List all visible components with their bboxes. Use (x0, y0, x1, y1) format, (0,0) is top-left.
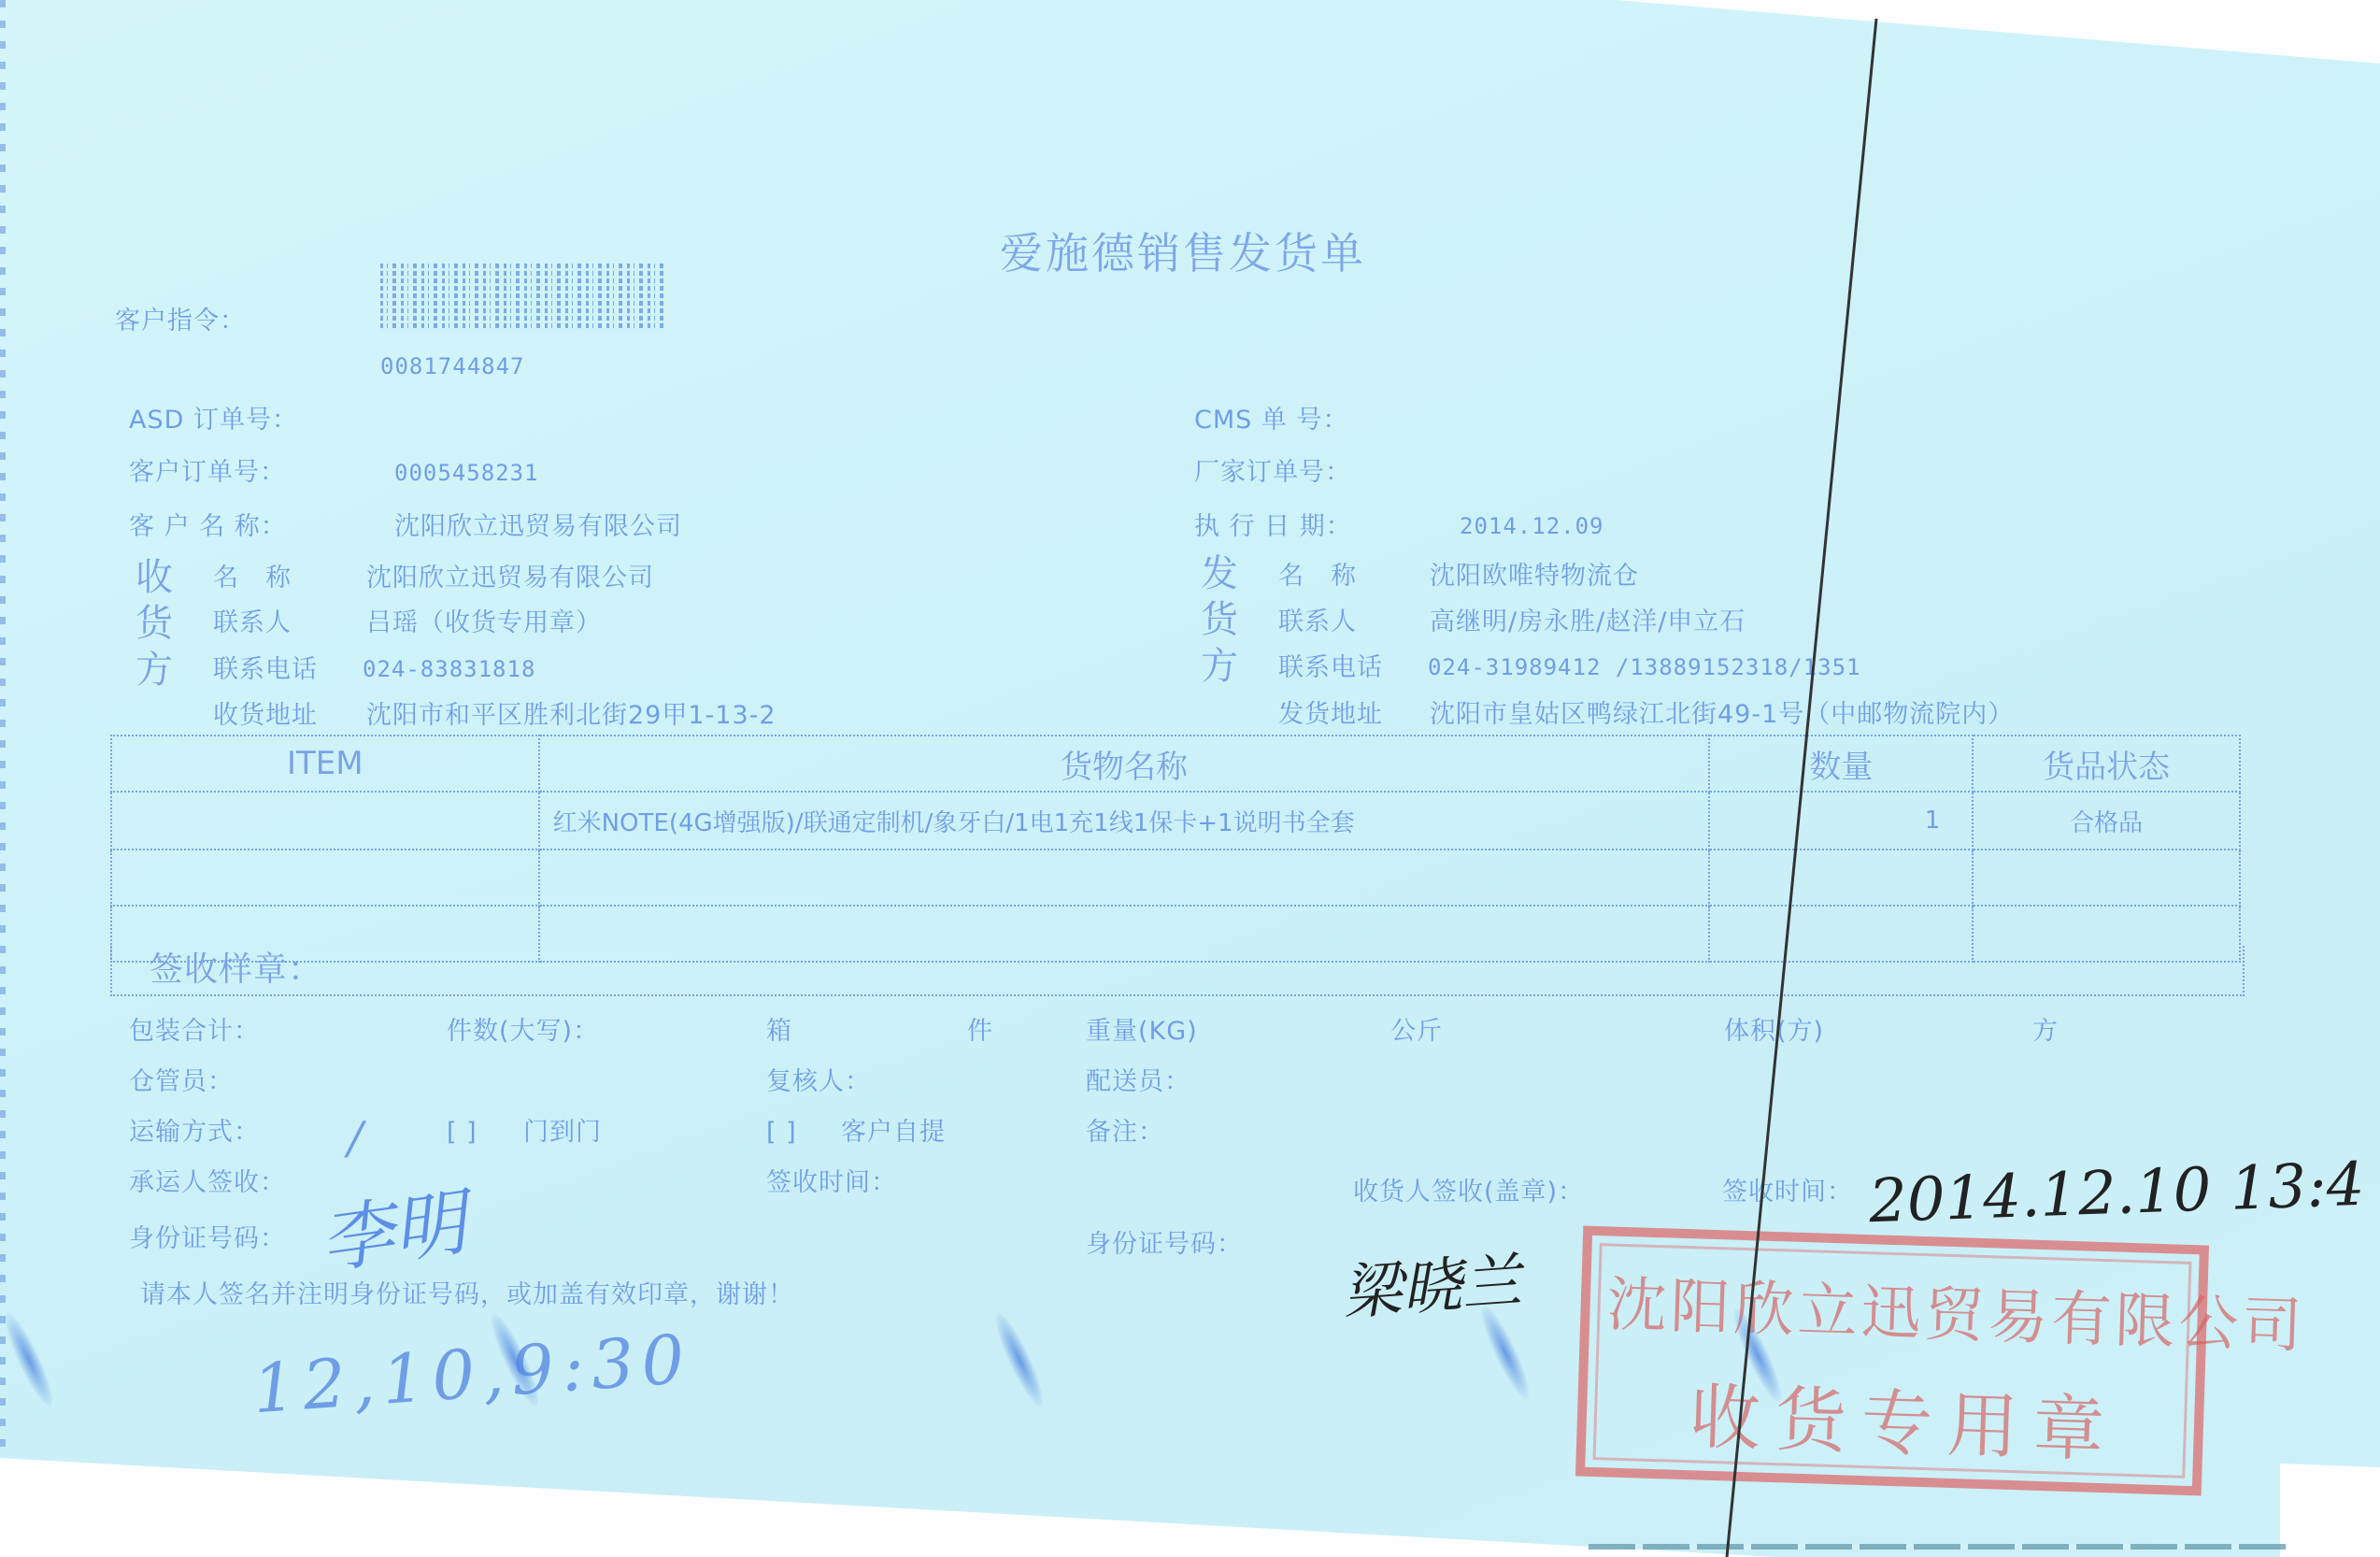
table-row: 红米NOTE(4G增强版)/联通定制机/象牙白/1电1充1线1保卡+1说明书全套… (111, 792, 2240, 850)
receiver-address-value: 沈阳市和平区胜利北街29甲1-13-2 (366, 703, 777, 728)
receiver-side-char-3: 方 (135, 651, 174, 689)
shipper-name-label: 名 称 (1278, 564, 1357, 589)
piece-count-label: 件数(大写)： (447, 1019, 599, 1044)
cell-item (111, 792, 539, 850)
cell-goods-name (539, 850, 1710, 906)
customer-instruction-label: 客户指令： (115, 308, 246, 334)
carrier-signature: 李明 (313, 1164, 472, 1289)
transport-method-label: 运输方式： (129, 1120, 260, 1145)
transport-handwritten-mark: / (348, 1112, 363, 1164)
receiver-side-char-2: 货 (135, 605, 174, 642)
cms-number-label: CMS 单 号： (1194, 407, 1348, 433)
self-pickup-label: 客户自提 (841, 1120, 946, 1145)
stamp-purpose: 收货专用章 (1688, 1360, 2120, 1475)
factory-order-label: 厂家订单号： (1194, 460, 1351, 485)
shipper-side-char-1: 发 (1201, 555, 1239, 593)
exec-date-value: 2014.12.09 (1460, 515, 1604, 537)
volume-unit-label: 方 (2032, 1019, 2059, 1044)
cell-goods-status (1973, 850, 2240, 906)
warehouse-keeper-label: 仓管员： (129, 1069, 234, 1094)
customer-order-value: 0005458231 (394, 462, 539, 484)
signature-notice: 请本人签名并注明身份证号码，或加盖有效印章，谢谢！ (140, 1282, 794, 1307)
shipper-phone-value: 024-31989412 /13889152318/1351 (1428, 656, 1860, 679)
customer-order-label: 客户订单号： (129, 460, 286, 485)
receiver-side-char-1: 收 (135, 559, 174, 596)
document-title: 爱施德销售发货单 (1000, 232, 1366, 275)
shipper-address-value: 沈阳市皇姑区鸭绿江北街49-1号（中邮物流院内） (1430, 702, 2014, 727)
self-pickup-checkbox[interactable]: [ ] (766, 1120, 797, 1145)
receiver-name-label: 名 称 (213, 565, 292, 591)
receiver-address-label: 收货地址 (213, 703, 318, 728)
shipper-side-char-3: 方 (1201, 648, 1239, 685)
sign-time-label: 签收时间： (766, 1170, 897, 1195)
weight-unit-label: 公斤 (1390, 1019, 1443, 1044)
door-to-door-label: 门到门 (523, 1120, 602, 1145)
receiver-contact-value: 吕瑶（收货专用章） (366, 610, 602, 636)
header-goods-status: 货品状态 (1973, 736, 2240, 792)
shipper-contact-value: 高继明/房永胜/赵洋/申立石 (1430, 609, 1746, 635)
volume-label: 体积(方) (1724, 1019, 1824, 1044)
shipper-name-value: 沈阳欧唯特物流仓 (1430, 564, 1639, 589)
receiver-sign-label: 收货人签收(盖章)： (1353, 1179, 1584, 1205)
shipper-contact-label: 联系人 (1278, 609, 1357, 635)
shipper-side-char-2: 货 (1201, 601, 1239, 638)
goods-table-header: ITEM 货物名称 数量 货品状态 (111, 736, 2240, 792)
receiver-contact-label: 联系人 (213, 610, 292, 636)
header-goods-name: 货物名称 (539, 736, 1710, 792)
sign-sample-label: 签收样章： (150, 953, 322, 987)
header-quantity: 数量 (1709, 736, 1973, 792)
bottom-perforation (1589, 1544, 2287, 1550)
asd-order-label: ASD 订单号： (129, 407, 298, 433)
box-unit-label: 箱 (766, 1019, 792, 1044)
sign-sample-row: 签收样章： (110, 946, 2245, 996)
cell-quantity: 1 (1709, 792, 1973, 850)
customer-name-value: 沈阳欣立迅贸易有限公司 (394, 514, 682, 539)
header-item: ITEM (111, 736, 539, 792)
receipt-stamp: 沈阳欣立迅贸易有限公司 收货专用章 (1575, 1226, 2209, 1496)
remark-label: 备注： (1086, 1120, 1164, 1145)
carrier-id-number-label: 身份证号码： (129, 1226, 286, 1251)
goods-table: ITEM 货物名称 数量 货品状态 红米NOTE(4G增强版)/联通定制机/象牙… (110, 735, 2241, 963)
cell-goods-name: 红米NOTE(4G增强版)/联通定制机/象牙白/1电1充1线1保卡+1说明书全套 (539, 792, 1710, 850)
shipper-phone-label: 联系电话 (1278, 655, 1383, 680)
receiver-name-value: 沈阳欣立迅贸易有限公司 (366, 565, 654, 591)
carrier-sign-label: 承运人签收： (129, 1170, 286, 1195)
receiver-phone-value: 024-83831818 (363, 658, 535, 680)
door-to-door-checkbox[interactable]: [ ] (447, 1120, 477, 1145)
reviewer-label: 复核人： (766, 1069, 871, 1094)
cell-goods-status: 合格品 (1973, 792, 2240, 850)
table-row (111, 850, 2240, 906)
barcode-icon (380, 264, 665, 331)
tractor-feed-perforation (0, 0, 6, 1458)
customer-name-label: 客 户 名 称： (129, 514, 287, 539)
customer-instruction-number: 0081744847 (380, 355, 525, 378)
weight-label: 重量(KG) (1086, 1019, 1198, 1044)
shipper-address-label: 发货地址 (1278, 702, 1383, 727)
cell-quantity (1709, 850, 1973, 906)
exec-date-label: 执 行 日 期： (1194, 514, 1352, 539)
receiver-id-number-label: 身份证号码： (1086, 1232, 1243, 1257)
deliverer-label: 配送员： (1086, 1069, 1190, 1094)
cell-item (111, 850, 539, 906)
package-total-label: 包装合计： (129, 1019, 260, 1044)
piece-unit-label: 件 (967, 1019, 993, 1044)
receiver-sign-time-label: 签收时间： (1722, 1179, 1853, 1205)
receiver-phone-label: 联系电话 (213, 657, 318, 682)
